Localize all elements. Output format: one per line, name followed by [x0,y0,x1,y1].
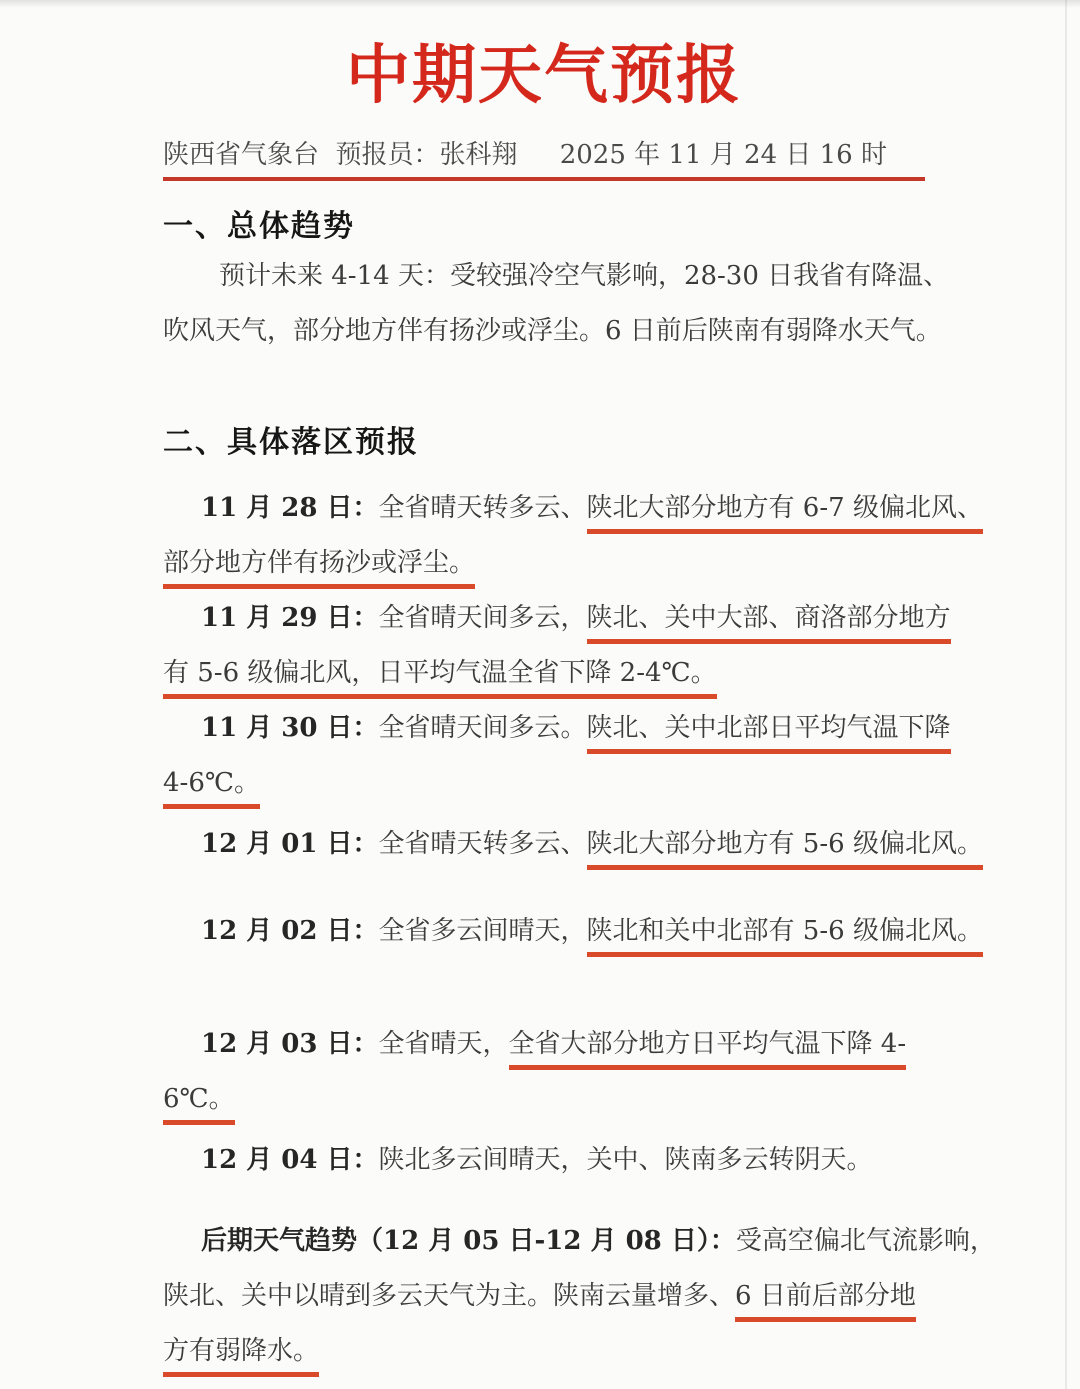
forecast-line: 11 月 28 日：全省晴天转多云、陕北大部分地方有 6-7 级偏北风、 [163,481,925,536]
forecast-line: 12 月 03 日：全省晴天，全省大部分地方日平均气温下降 4- [163,1017,925,1072]
outlook-underlined-text: 6 日前后部分地 [735,1281,916,1322]
entry-text: 全省晴天转多云、 [379,493,587,523]
entry-date: 12 月 02 日： [201,916,379,946]
forecast-entry-1128: 11 月 28 日：全省晴天转多云、陕北大部分地方有 6-7 级偏北风、 部分地… [163,481,925,591]
forecast-line: 11 月 30 日：全省晴天间多云。陕北、关中北部日平均气温下降 [163,701,925,756]
entry-date: 12 月 01 日： [201,829,379,859]
entry-text: 全省多云间晴天， [379,916,587,946]
forecast-line: 有 5-6 级偏北风，日平均气温全省下降 2-4℃。 [163,646,925,701]
forecast-line: 12 月 02 日：全省多云间晴天，陕北和关中北部有 5-6 级偏北风。 [163,904,925,959]
document-title: 中期天气预报 [163,30,925,122]
outlook-paragraph: 后期天气趋势（12 月 05 日-12 月 08 日）：受高空偏北气流影响， 陕… [163,1214,925,1379]
forecast-line: 12 月 04 日：陕北多云间晴天，关中、陕南多云转阴天。 [163,1133,925,1188]
forecast-entry-1202: 12 月 02 日：全省多云间晴天，陕北和关中北部有 5-6 级偏北风。 [163,904,925,959]
entry-underlined-text: 4-6℃。 [163,768,260,809]
entry-underlined-text: 陕北、关中北部日平均气温下降 [587,713,951,754]
meta-office-forecaster: 陕西省气象台 预报员：张科翔 [163,140,518,170]
outlook-text: 陕北、关中以晴到多云天气为主。陕南云量增多、 [163,1281,735,1311]
entry-date: 11 月 30 日： [201,713,379,743]
entry-underlined-text: 陕北大部分地方有 6-7 级偏北风、 [587,493,983,534]
entry-text: 陕北多云间晴天，关中、陕南多云转阴天。 [379,1145,873,1175]
entry-text: 全省晴天， [379,1029,509,1059]
forecast-entry-1129: 11 月 29 日：全省晴天间多云，陕北、关中大部、商洛部分地方 有 5-6 级… [163,591,925,701]
document-page: 中期天气预报 陕西省气象台 预报员：张科翔 2025 年 11 月 24 日 1… [0,0,1080,1389]
entry-underlined-text: 部分地方伴有扬沙或浮尘。 [163,548,475,589]
entry-date: 11 月 28 日： [201,493,379,523]
entry-text: 全省晴天转多云、 [379,829,587,859]
outlook-underlined-text: 方有弱降水。 [163,1336,319,1377]
entry-underlined-text: 陕北、关中大部、商洛部分地方 [587,603,951,644]
entry-date: 12 月 04 日： [201,1145,379,1175]
forecast-line: 6℃。 [163,1072,925,1127]
outlook-line-1: 后期天气趋势（12 月 05 日-12 月 08 日）：受高空偏北气流影响， [163,1214,925,1269]
forecast-line: 12 月 01 日：全省晴天转多云、陕北大部分地方有 5-6 级偏北风。 [163,817,925,872]
entry-text: 全省晴天间多云。 [379,713,587,743]
forecast-line: 11 月 29 日：全省晴天间多云，陕北、关中大部、商洛部分地方 [163,591,925,646]
overview-line-2: 吹风天气，部分地方伴有扬沙或浮尘。6 日前后陕南有弱降水天气。 [163,304,925,359]
meta-datetime: 2025 年 11 月 24 日 16 时 [560,140,925,170]
entry-underlined-text: 全省大部分地方日平均气温下降 4- [509,1029,907,1070]
section-overview-heading: 一、总体趋势 [163,209,925,245]
forecast-entry-1204: 12 月 04 日：陕北多云间晴天，关中、陕南多云转阴天。 [163,1133,925,1188]
entry-underlined-text: 6℃。 [163,1084,235,1125]
entry-underlined-text: 陕北和关中北部有 5-6 级偏北风。 [587,916,983,957]
outlook-line-2: 陕北、关中以晴到多云天气为主。陕南云量增多、6 日前后部分地 [163,1269,925,1324]
entry-underlined-text: 有 5-6 级偏北风，日平均气温全省下降 2-4℃。 [163,658,717,699]
forecast-entries: 11 月 28 日：全省晴天转多云、陕北大部分地方有 6-7 级偏北风、 部分地… [163,481,925,1188]
outlook-text: 受高空偏北气流影响， [736,1226,996,1256]
entry-text: 全省晴天间多云， [379,603,587,633]
entry-date: 11 月 29 日： [201,603,379,633]
outlook-lead: 后期天气趋势（12 月 05 日-12 月 08 日）： [201,1226,736,1256]
outlook-line-3: 方有弱降水。 [163,1324,925,1379]
forecast-entry-1203: 12 月 03 日：全省晴天，全省大部分地方日平均气温下降 4- 6℃。 [163,1017,925,1127]
document-content: 中期天气预报 陕西省气象台 预报员：张科翔 2025 年 11 月 24 日 1… [163,0,925,1379]
forecast-line: 部分地方伴有扬沙或浮尘。 [163,536,925,591]
overview-paragraph: 预计未来 4-14 天：受较强冷空气影响，28-30 日我省有降温、 吹风天气，… [163,249,925,359]
entry-date: 12 月 03 日： [201,1029,379,1059]
section-detail-heading: 二、具体落区预报 [163,425,925,461]
meta-row: 陕西省气象台 预报员：张科翔 2025 年 11 月 24 日 16 时 [163,140,925,181]
entry-underlined-text: 陕北大部分地方有 5-6 级偏北风。 [587,829,983,870]
forecast-entry-1201: 12 月 01 日：全省晴天转多云、陕北大部分地方有 5-6 级偏北风。 [163,817,925,872]
forecast-entry-1130: 11 月 30 日：全省晴天间多云。陕北、关中北部日平均气温下降 4-6℃。 [163,701,925,811]
overview-line-1: 预计未来 4-14 天：受较强冷空气影响，28-30 日我省有降温、 [163,249,925,304]
forecast-line: 4-6℃。 [163,756,925,811]
